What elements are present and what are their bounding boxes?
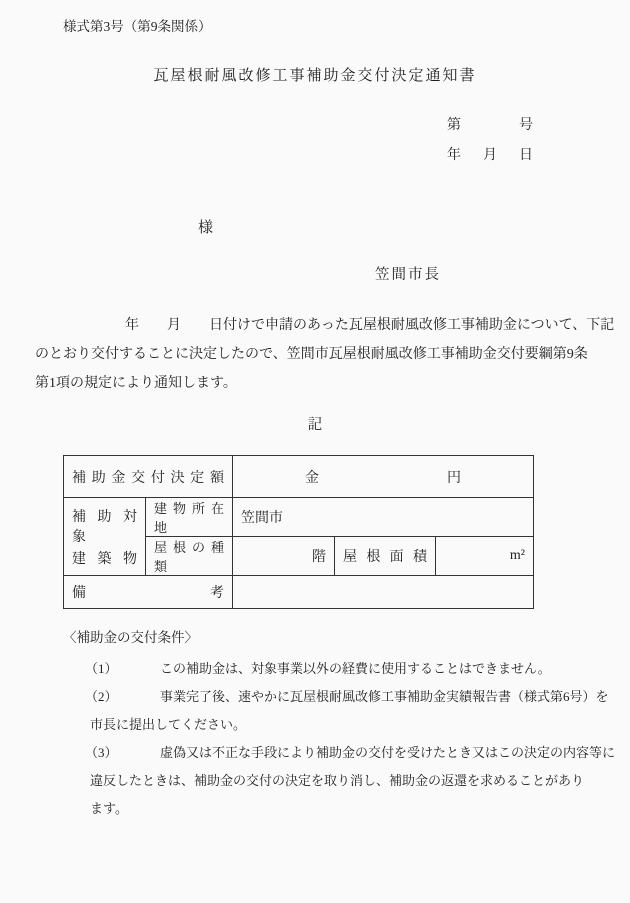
grant-amount-value: 金 円	[233, 456, 534, 498]
body-line: 年 月 日付けで申請のあった瓦屋根耐風改修工事補助金について、下記	[35, 311, 601, 340]
date-year-label: 年	[447, 144, 461, 164]
roof-area-label: 屋 根 面 積	[335, 537, 436, 576]
condition-text-continued: 市長に提出してください。	[63, 711, 603, 739]
currency-suffix: 円	[383, 467, 525, 487]
form-number: 様式第3号（第9条関係）	[63, 15, 212, 35]
grant-conditions: 〈補助金の交付条件〉 （1）この補助金は、対象事業以外の経費に使用することはでき…	[63, 624, 603, 823]
date-month-label: 月	[483, 144, 497, 164]
condition-item: （1）この補助金は、対象事業以外の経費に使用することはできません。	[63, 655, 603, 683]
date-line: 年 月 日	[447, 144, 533, 164]
condition-number: （2）	[85, 683, 160, 711]
roof-type-label: 屋 根 の 種 類	[146, 537, 233, 576]
building-location-value: 笠間市	[233, 498, 534, 537]
document-number-line: 第 号	[447, 114, 533, 134]
condition-number: （1）	[85, 655, 160, 683]
doc-number-suffix: 号	[519, 114, 533, 134]
record-marker: 記	[0, 413, 630, 434]
conditions-heading: 〈補助金の交付条件〉	[63, 624, 603, 652]
remarks-label: 備 考	[64, 576, 233, 609]
page-title: 瓦屋根耐風改修工事補助金交付決定通知書	[0, 64, 630, 85]
body-paragraph: 年 月 日付けで申請のあった瓦屋根耐風改修工事補助金について、下記 のとおり交付…	[35, 311, 601, 398]
remarks-value	[233, 576, 534, 609]
table-row: 補 助 対 象 建 築 物 建 物 所 在 地 笠間市	[64, 498, 534, 537]
roof-type-floor-suffix: 階	[233, 537, 335, 576]
subsidy-target-label-line1: 補 助 対 象	[72, 506, 137, 546]
condition-text-continued: ます。	[63, 795, 603, 823]
document-page: 様式第3号（第9条関係） 瓦屋根耐風改修工事補助金交付決定通知書 第 号 年 月…	[0, 0, 630, 903]
doc-number-prefix: 第	[447, 114, 461, 134]
subsidy-target-label-line2: 建 築 物	[72, 548, 137, 568]
currency-prefix: 金	[241, 467, 383, 487]
condition-text: 事業完了後、速やかに瓦屋根耐風改修工事補助金実績報告書（様式第6号）を	[160, 689, 609, 704]
table-row: 備 考	[64, 576, 534, 609]
roof-area-unit: m²	[436, 537, 534, 576]
condition-text: この補助金は、対象事業以外の経費に使用することはできません。	[160, 661, 551, 676]
body-line: 第1項の規定により通知します。	[35, 369, 601, 398]
condition-text-continued: 違反したときは、補助金の交付の決定を取り消し、補助金の返還を求めることがあり	[63, 767, 603, 795]
grant-amount-label: 補 助 金 交 付 決 定 額	[64, 456, 233, 498]
grant-details-table: 補 助 金 交 付 決 定 額 金 円 補 助 対 象 建 築 物 建 物 所 …	[63, 455, 534, 609]
condition-item: （3）虚偽又は不正な手段により補助金の交付を受けたとき又はこの決定の内容等に	[63, 739, 603, 767]
condition-number: （3）	[85, 739, 160, 767]
condition-text: 虚偽又は不正な手段により補助金の交付を受けたとき又はこの決定の内容等に	[160, 745, 615, 760]
subsidy-target-label: 補 助 対 象 建 築 物	[64, 498, 146, 576]
body-line: のとおり交付することに決定したので、笠間市瓦屋根耐風改修工事補助金交付要綱第9条	[35, 340, 601, 369]
building-location-label: 建 物 所 在 地	[146, 498, 233, 537]
condition-item: （2）事業完了後、速やかに瓦屋根耐風改修工事補助金実績報告書（様式第6号）を	[63, 683, 603, 711]
sender-name: 笠間市長	[375, 263, 441, 284]
date-day-label: 日	[519, 144, 533, 164]
addressee-honorific: 様	[198, 216, 213, 237]
table-row: 補 助 金 交 付 決 定 額 金 円	[64, 456, 534, 498]
